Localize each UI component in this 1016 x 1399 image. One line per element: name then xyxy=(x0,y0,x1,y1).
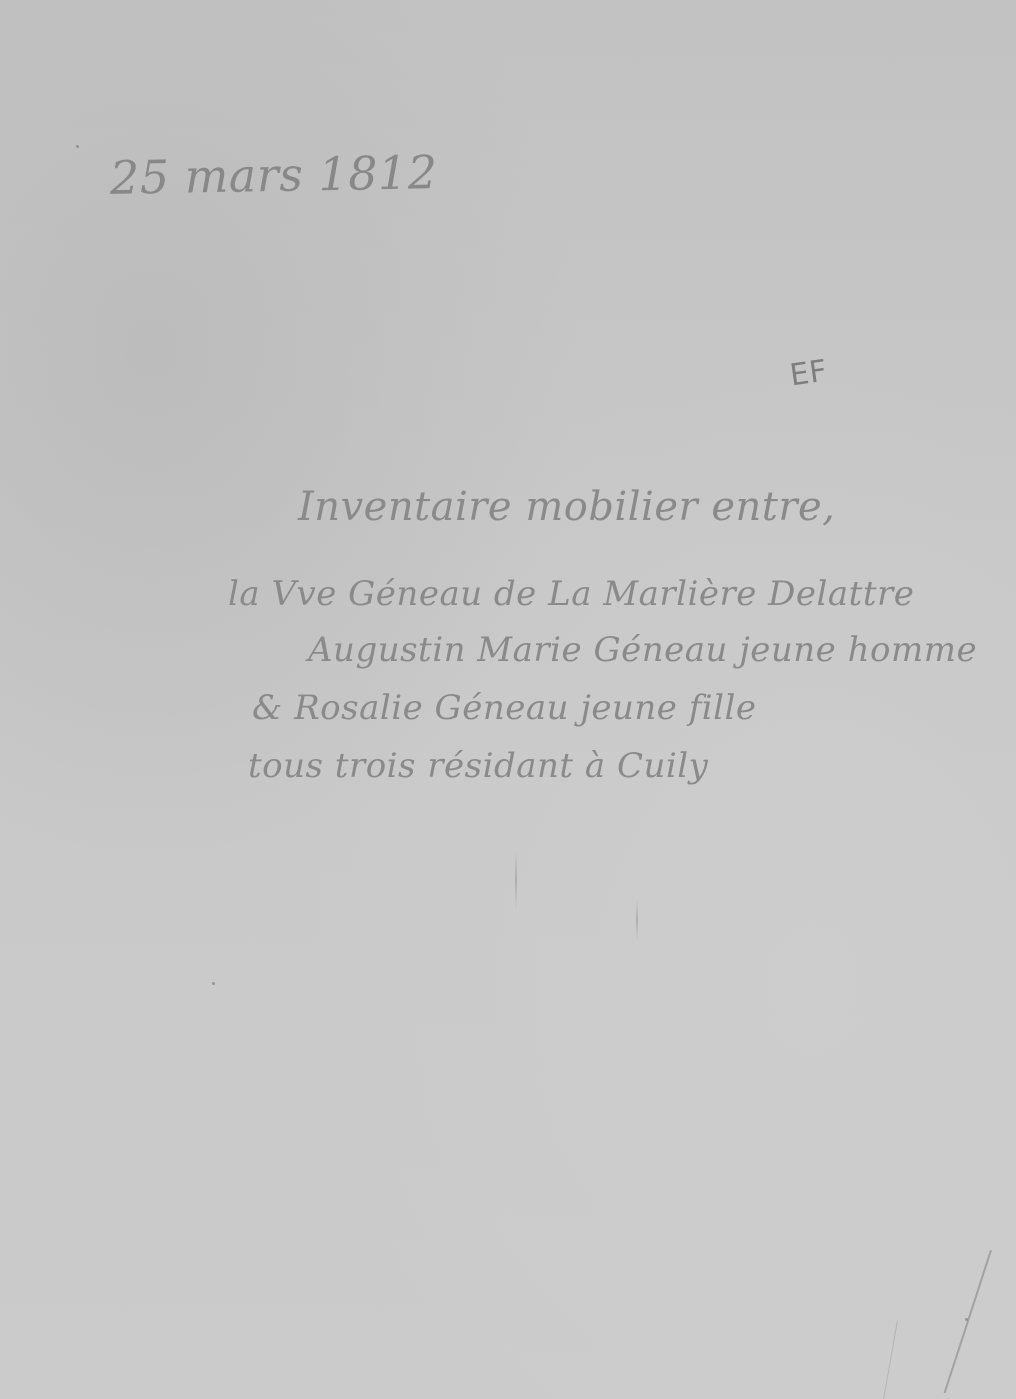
paper-mark xyxy=(515,850,517,910)
title-line-1: Inventaire mobilier entre, xyxy=(298,484,835,530)
paper-crease xyxy=(883,1321,898,1399)
archive-mark: EF xyxy=(788,354,830,394)
title-line-4: & Rosalie Géneau jeune fille xyxy=(252,688,757,728)
title-line-3: Augustin Marie Géneau jeune homme xyxy=(308,630,977,670)
scanned-document-page: 25 mars 1812 EF Inventaire mobilier entr… xyxy=(0,0,1016,1399)
paper-mark xyxy=(636,900,638,940)
paper-speck xyxy=(965,1318,968,1321)
paper-speck xyxy=(212,982,215,985)
title-line-2: la Vve Géneau de La Marlière Delattre xyxy=(228,574,914,614)
title-line-5: tous trois résidant à Cuily xyxy=(248,746,708,786)
document-date: 25 mars 1812 xyxy=(110,145,438,205)
paper-crease xyxy=(944,1250,992,1393)
paper-speck xyxy=(76,145,79,148)
